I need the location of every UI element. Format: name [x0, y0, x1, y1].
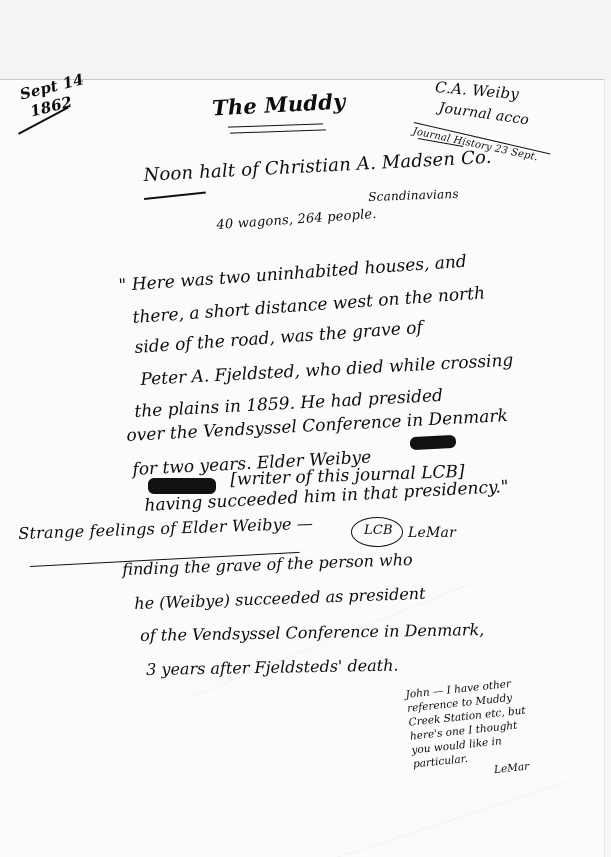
circled-initials: LCB — [364, 523, 393, 538]
crossed-out-word — [410, 435, 457, 450]
note-author: LeMar — [408, 525, 456, 541]
scanner-bed — [0, 0, 611, 80]
crossed-out-word — [148, 478, 216, 494]
margin-note: John — I have other reference to Muddy C… — [405, 671, 574, 785]
